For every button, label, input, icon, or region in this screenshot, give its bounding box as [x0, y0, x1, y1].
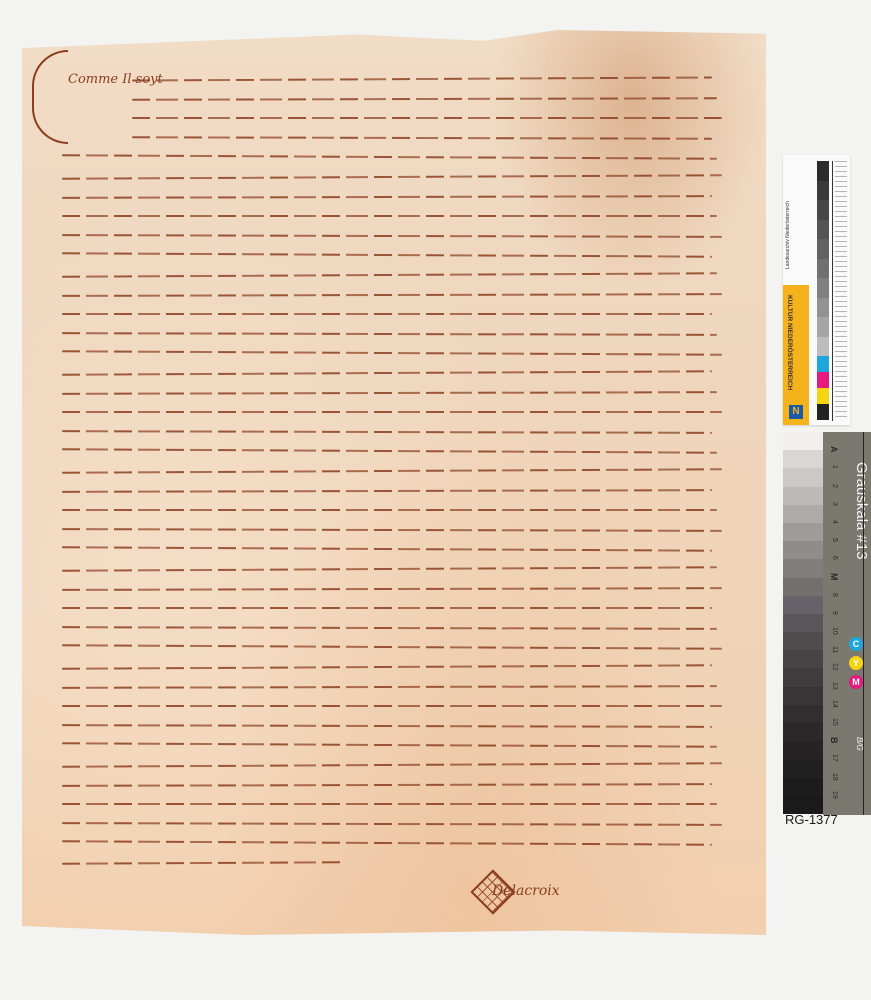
color-swatch: [817, 388, 829, 404]
gray-step: [783, 614, 823, 632]
gray-marker: 13: [827, 676, 841, 694]
handwritten-line: [62, 626, 717, 630]
gray-step: [817, 259, 829, 279]
handwritten-line: [62, 332, 717, 336]
gray-step: [783, 596, 823, 614]
gray-marker: 6: [827, 549, 841, 567]
handwritten-line: [62, 783, 712, 787]
gray-step: [817, 181, 829, 201]
handwritten-line: [132, 117, 722, 119]
handwritten-line: [62, 566, 717, 571]
gray-step: [783, 468, 823, 486]
handwritten-line: [62, 174, 722, 179]
gray-marker: 18: [827, 767, 841, 785]
handwritten-line: [62, 351, 722, 356]
gray-marker: 3: [827, 495, 841, 513]
handwritten-line: [62, 705, 722, 707]
gray-step: [783, 450, 823, 468]
handwritten-line: [62, 762, 722, 767]
handwritten-line: [62, 822, 722, 826]
gray-step: [783, 541, 823, 559]
handwritten-line: [62, 607, 712, 609]
handwritten-line: [62, 253, 712, 258]
parchment-document: Comme Il soyt Delacroix 41948 v: [22, 30, 766, 935]
gray-scale-rule: [863, 432, 864, 815]
handwritten-line: [62, 861, 342, 864]
handwritten-line: [62, 489, 712, 493]
handwritten-line: [62, 547, 712, 552]
handwritten-line: [132, 97, 717, 101]
handwritten-line: [62, 430, 712, 434]
handwritten-line: [62, 391, 717, 395]
handwritten-line: [62, 509, 717, 511]
handwritten-line: [62, 195, 712, 199]
handwritten-line: [62, 313, 712, 315]
gray-scale-markers: A123456M89101112131415B171819: [827, 440, 841, 804]
handwritten-line: [62, 841, 712, 846]
gray-marker: 1: [827, 458, 841, 476]
handwritten-line: [62, 215, 717, 217]
gray-marker: 2: [827, 476, 841, 494]
gray-marker: 4: [827, 513, 841, 531]
handwritten-line: [62, 645, 722, 650]
cmy-dot-c: C: [849, 637, 863, 651]
gray-step: [783, 741, 823, 759]
gray-marker: B: [827, 731, 841, 749]
cmy-dot-m: M: [849, 675, 863, 689]
color-checker-kultur: Landesarchiv Niederösterreich KULTUR NIE…: [783, 155, 850, 425]
inventory-number: 41948 v: [44, 935, 81, 945]
gray-marker: M: [827, 567, 841, 585]
color-swatch: [817, 356, 829, 372]
signature: Delacroix: [492, 883, 560, 899]
handwritten-line: [62, 234, 722, 238]
gray-step: [783, 559, 823, 577]
color-swatch: [817, 372, 829, 388]
handwritten-line: [62, 449, 717, 454]
gray-marker: 12: [827, 658, 841, 676]
handwritten-line: [62, 685, 717, 689]
gray-step: [817, 220, 829, 240]
gray-step: [783, 505, 823, 523]
gray-step: [817, 317, 829, 337]
gray-step: [783, 487, 823, 505]
color-swatches: [817, 356, 829, 420]
reference-label: RG-1377: [785, 812, 838, 827]
gray-step: [783, 687, 823, 705]
handwritten-line: [62, 155, 717, 160]
gray-marker: 11: [827, 640, 841, 658]
kultur-brand-text: KULTUR NIEDERÖSTERREICH: [785, 295, 793, 390]
color-swatch: [817, 404, 829, 420]
gray-step: [783, 723, 823, 741]
cmy-dot-y: Y: [849, 656, 863, 670]
handwritten-line: [62, 411, 722, 413]
handwritten-line: [62, 724, 712, 728]
handwritten-line: [62, 370, 712, 375]
gray-step: [817, 298, 829, 318]
archive-label: Landesarchiv Niederösterreich: [785, 159, 807, 269]
gray-marker: 14: [827, 695, 841, 713]
gray-marker: 17: [827, 749, 841, 767]
gray-step: [783, 523, 823, 541]
gray-marker: 9: [827, 604, 841, 622]
handwritten-line: [62, 587, 722, 591]
gray-step: [783, 705, 823, 723]
gray-marker: 19: [827, 786, 841, 804]
handwritten-line: [62, 528, 722, 532]
gray-marker: 10: [827, 622, 841, 640]
gray-step: [817, 337, 829, 357]
handwritten-line: [62, 272, 717, 277]
gray-step: [783, 432, 823, 450]
gray-step: [817, 200, 829, 220]
gray-marker: 15: [827, 713, 841, 731]
gray-scale-steps: [783, 432, 823, 815]
gray-marker: A: [827, 440, 841, 458]
handwritten-line: [62, 293, 722, 297]
decorated-initial-c: [32, 50, 68, 144]
gray-step: [783, 632, 823, 650]
gray-scale-card: A123456M89101112131415B171819 Grauskala …: [783, 432, 871, 825]
kultur-logo-icon: N: [789, 405, 803, 419]
handwritten-line: [62, 468, 722, 473]
gray-scale-title: Grauskala #13: [853, 462, 870, 560]
gray-step: [783, 650, 823, 668]
ruler-line: [832, 161, 833, 421]
ruler-ticks: [835, 161, 847, 421]
kultur-band: KULTUR NIEDERÖSTERREICH N: [783, 285, 809, 425]
gray-step: [783, 578, 823, 596]
handwritten-line: [62, 803, 717, 805]
handwritten-line: [132, 136, 712, 140]
gray-step: [817, 239, 829, 259]
handwritten-line: [62, 664, 712, 669]
gray-marker: 5: [827, 531, 841, 549]
cmy-dots: CYM: [849, 637, 863, 694]
gray-step: [783, 759, 823, 777]
handwritten-line: [132, 76, 712, 81]
gray-marker: 8: [827, 586, 841, 604]
gray-step: [783, 778, 823, 796]
handwritten-line: [62, 743, 717, 748]
gray-steps: [817, 161, 829, 356]
gray-step: [783, 668, 823, 686]
gray-step: [817, 161, 829, 181]
gray-step: [817, 278, 829, 298]
